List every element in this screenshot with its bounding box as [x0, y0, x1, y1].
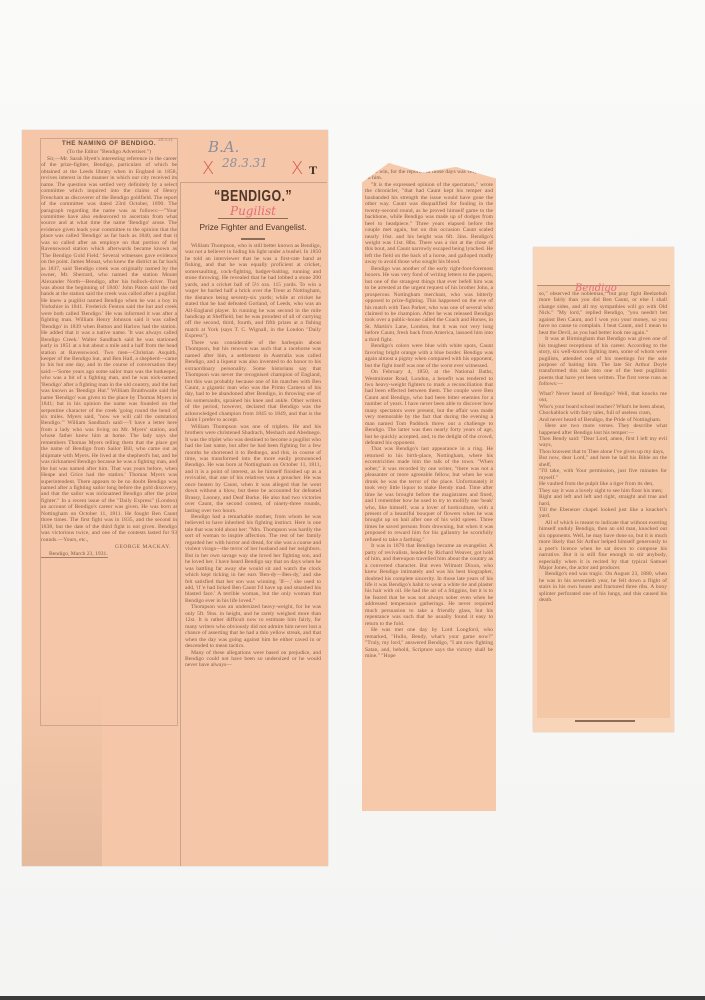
conclusion-body: so," observed the nobleman, "but pray fi… [539, 291, 667, 604]
poem-line: What? Never heard of Bendigo? Well, that… [539, 391, 667, 404]
letter-body: Sir,—Mr. Sarah Hyett's interesting refer… [41, 156, 177, 543]
article-paragraph: Here are two more verses. They describe … [539, 423, 667, 436]
article-paragraph: Bendigo was another of the early right-f… [365, 266, 493, 343]
article-paragraph: William Thompson was one of triplets. He… [185, 424, 321, 514]
article-paragraph: so," observed the nobleman, "but pray fi… [539, 291, 667, 336]
red-x-mark: X [202, 158, 214, 179]
poem-line: But now, dear Lord," and here he laid hi… [539, 455, 667, 468]
article-paragraph: He was met one day by Lord Longford, who… [365, 627, 493, 659]
poem-line: He vaulted from the pulpit like a tiger … [539, 481, 667, 487]
poem-line: "I'll take, with Your permission, just f… [539, 468, 667, 481]
article-paragraph: Bendigo's colors were blue with white sp… [365, 343, 493, 369]
article-paragraph: Bendigo's end was tragic. On August 23, … [539, 571, 667, 603]
poem-line: Till the Ebenezer chapel looked just lik… [539, 507, 667, 520]
clipping-continuation: …not win, for the reporter of those days… [362, 163, 496, 811]
poem-line: Right and left and left and right, strai… [539, 494, 667, 507]
scan-edge [0, 996, 705, 1000]
letter-headline: THE NAMING OF BENDIGO. [41, 141, 177, 147]
poem-line: Chockablock with fairy tales, full of us… [539, 410, 667, 416]
article-body: William Thompson, who is still better kn… [185, 243, 321, 669]
article-paragraph: That was Bendigo's last appearance in a … [365, 446, 493, 543]
continuation-body: …not win, for the reporter of those days… [365, 169, 493, 659]
end-rule [575, 720, 635, 722]
article-paragraph: On February 4, 1850, at the National Bat… [365, 369, 493, 446]
letter-column: THE NAMING OF BENDIGO. 28.3.31 (To the E… [40, 138, 178, 726]
article-paragraph: Many of these allegations were based on … [185, 650, 321, 669]
pencil-date-stamp: 28.3.31 [158, 138, 173, 144]
article-column: William Thompson, who is still better kn… [180, 182, 327, 866]
red-x-mark: X [291, 158, 303, 179]
clipping-conclusion: Bendigo so," observed the nobleman, "but… [533, 247, 674, 732]
article-paragraph: Bendigo had a remarkable mother, from wh… [185, 514, 321, 604]
article-paragraph: William Thompson, who is still better kn… [185, 243, 321, 340]
letter-dateline: Bendigo, March 23, 1931. [41, 551, 108, 558]
article-paragraph: "It is the expressed opinion of the spec… [365, 182, 493, 266]
cut-off-letter: T [309, 163, 317, 178]
poem-line: Then Bendy said: "Dear Lord, amen, first… [539, 436, 667, 449]
clipping-letter-and-article: THE NAMING OF BENDIGO. 28.3.31 (To the E… [22, 130, 328, 866]
handwritten-initials: B.A. [208, 138, 239, 156]
handwritten-date: 28.3.31 [222, 156, 268, 170]
article-paragraph: It was in 1870 that Bendigo became an ev… [365, 543, 493, 627]
article-paragraph: There was considerable of the harlequin … [185, 340, 321, 424]
article-paragraph: Thompson was an undersized heavy-weight,… [185, 604, 321, 649]
article-paragraph: It was at Birmingham that Bendigo was gi… [539, 336, 667, 388]
article-paragraph: All of which is meant to indicate that w… [539, 520, 667, 572]
